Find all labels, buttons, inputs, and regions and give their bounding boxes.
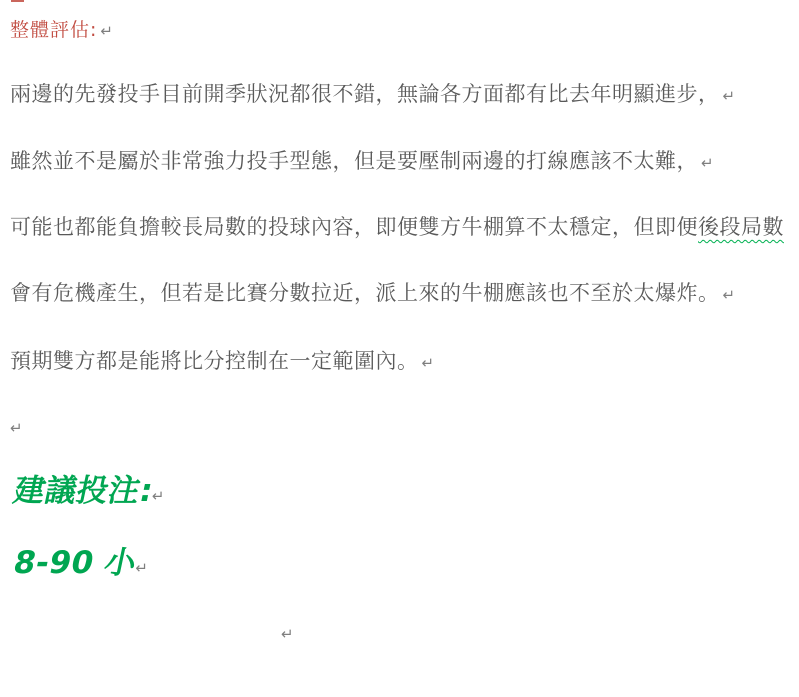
suggestion-heading-text: 建議投注:	[10, 465, 158, 510]
paragraph-text: 預期雙方都是能將比分控制在一定範圍內。	[10, 349, 419, 373]
paragraph-text: 可能也都能負擔較長局數的投球內容，即便雙方牛棚算不太穩定，但即便	[10, 215, 698, 239]
line-break-mark: ↵	[422, 354, 435, 372]
line-break-mark: ↵	[152, 487, 165, 505]
suggestion-heading-line: 建議投注:↵	[10, 465, 164, 510]
overall-heading-line: 整體評估:↵	[10, 15, 113, 42]
paragraph-text: 會有危機產生，但若是比賽分數拉近，派上來的牛棚應該也不至於太爆炸。	[10, 281, 720, 305]
line-break-mark: ↵	[701, 154, 714, 172]
paragraph-line-1: 兩邊的先發投手目前開季狀況都很不錯，無論各方面都有比去年明顯進步，↵	[10, 78, 735, 108]
overall-heading-text: 整體評估:	[10, 19, 97, 41]
paragraph-line-3: 可能也都能負擔較長局數的投球內容，即便雙方牛棚算不太穩定，但即便後段局數	[10, 211, 784, 241]
empty-line-break-mark: ↵	[10, 419, 23, 437]
paragraph-text: 兩邊的先發投手目前開季狀況都很不錯，無論各方面都有比去年明顯進步，	[10, 82, 720, 106]
suggestion-value-line: 8-90 小↵	[10, 537, 148, 582]
clipped-text-fragment	[11, 0, 24, 2]
document-page: 整體評估:↵ 兩邊的先發投手目前開季狀況都很不錯，無論各方面都有比去年明顯進步，…	[0, 0, 799, 697]
line-break-mark: ↵	[723, 87, 736, 105]
trailing-line-break-mark: ↵	[281, 625, 294, 643]
grammar-flagged-text: 後段局數	[698, 215, 784, 239]
paragraph-line-2: 雖然並不是屬於非常強力投手型態，但是要壓制兩邊的打線應該不太難，↵	[10, 145, 714, 175]
line-break-mark: ↵	[100, 22, 113, 40]
line-break-mark: ↵	[723, 286, 736, 304]
paragraph-line-5: 預期雙方都是能將比分控制在一定範圍內。↵	[10, 345, 434, 375]
paragraph-text: 雖然並不是屬於非常強力投手型態，但是要壓制兩邊的打線應該不太難，	[10, 149, 698, 173]
suggestion-value-text: 8-90 小	[10, 537, 142, 582]
paragraph-line-4: 會有危機產生，但若是比賽分數拉近，派上來的牛棚應該也不至於太爆炸。↵	[10, 277, 735, 307]
line-break-mark: ↵	[135, 559, 148, 577]
